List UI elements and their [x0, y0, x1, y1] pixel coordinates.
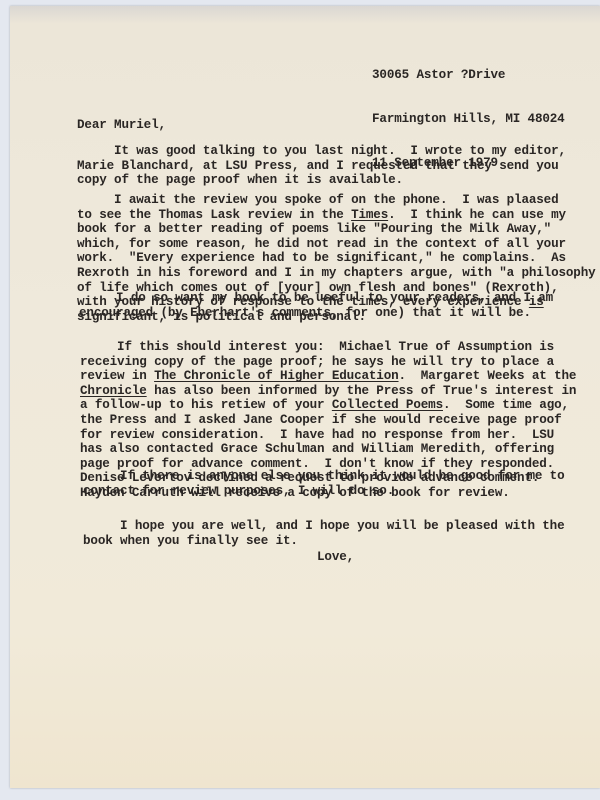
text-line: for review consideration. I have had no …	[80, 428, 576, 443]
text-line: contact for review purposes, I will do s…	[83, 484, 565, 499]
text-line: work. "Every experience had to be signif…	[77, 251, 596, 266]
text-line: receiving copy of the page proof; he say…	[80, 355, 576, 370]
underlined-title: Collected Poems	[332, 398, 443, 412]
address-city: Farmington Hills, MI 48024	[372, 112, 565, 127]
text-line: book when you finally see it.	[83, 534, 565, 549]
text-line: Chronicle has also been informed by the …	[80, 384, 576, 399]
text-line: copy of the page proof when it is availa…	[77, 173, 566, 188]
paragraph: It was good talking to you last night. I…	[77, 144, 566, 188]
salutation: Dear Muriel,	[77, 118, 166, 133]
text-line: review in The Chronicle of Higher Educat…	[80, 369, 576, 384]
text-line: If there is anyone else you think it wou…	[83, 469, 565, 484]
paragraph: I do so want my book to be useful to you…	[79, 291, 553, 320]
text-line: a follow-up to his retiew of your Collec…	[80, 398, 576, 413]
text-line: I hope you are well, and I hope you will…	[83, 519, 565, 534]
paragraph: If there is anyone else you think it wou…	[83, 469, 565, 498]
underlined-title: Chronicle	[80, 384, 147, 398]
closing: Love,	[317, 550, 354, 565]
paragraph: I hope you are well, and I hope you will…	[83, 519, 565, 548]
text-line: Rexroth in his foreword and I in my chap…	[77, 266, 596, 281]
text-line: the Press and I asked Jane Cooper if she…	[80, 413, 576, 428]
text-line: I await the review you spoke of on the p…	[77, 193, 596, 208]
text-line: book for a better reading of poems like …	[77, 222, 596, 237]
address-street: 30065 Astor ?Drive	[372, 68, 565, 83]
underlined-title: Times	[351, 208, 388, 222]
text-line: It was good talking to you last night. I…	[77, 144, 566, 159]
text-line: Marie Blanchard, at LSU Press, and I req…	[77, 159, 566, 174]
text-line: encouraged (by Eberhart's comments, for …	[79, 306, 553, 321]
text-line: to see the Thomas Lask review in the Tim…	[77, 208, 596, 223]
text-line: If this should interest you: Michael Tru…	[80, 340, 576, 355]
text-line: which, for some reason, he did not read …	[77, 237, 596, 252]
underlined-title: The Chronicle of Higher Education	[154, 369, 398, 383]
text-line: has also contacted Grace Schulman and Wi…	[80, 442, 576, 457]
text-line: I do so want my book to be useful to you…	[79, 291, 553, 306]
